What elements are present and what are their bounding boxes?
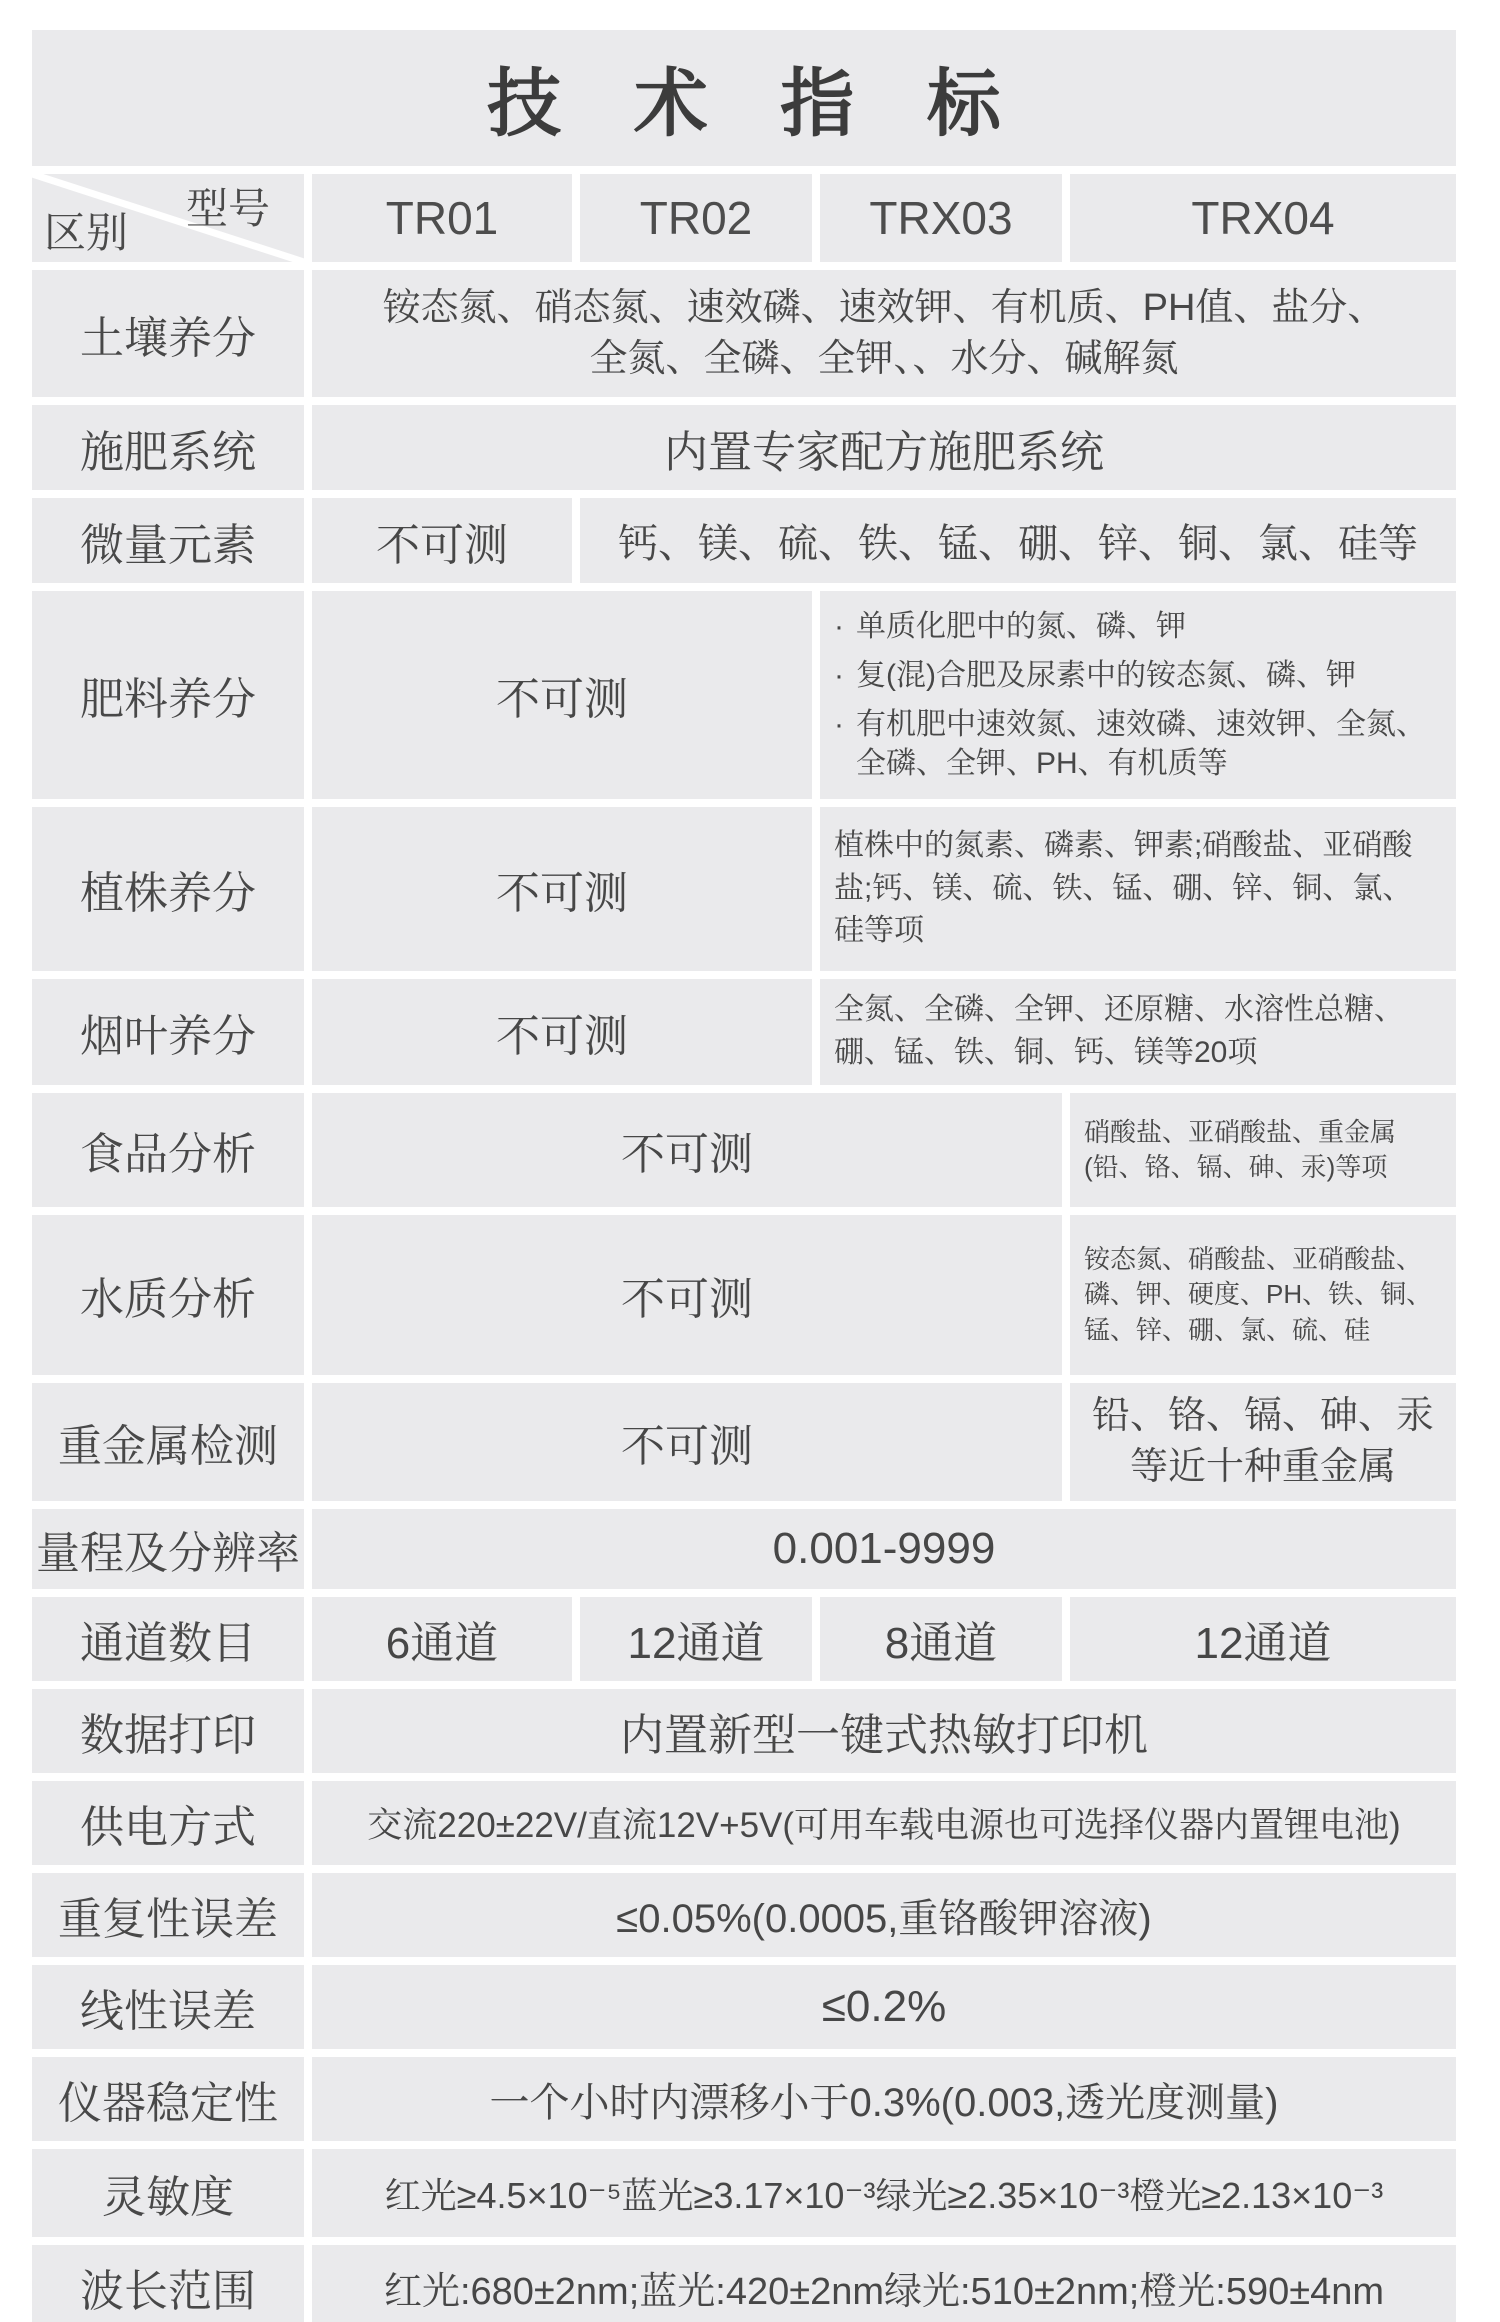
row-label-data-printing: 数据打印: [32, 1689, 304, 1773]
plant-nutrients-row: 植株养分 不可测 植株中的氮素、磷素、钾素;硝酸盐、亚硝酸盐;钙、镁、硫、铁、锰…: [32, 807, 1456, 971]
tobacco-nutrients-not-measurable: 不可测: [312, 979, 812, 1085]
fertilizer-nutrients-detail: · 单质化肥中的氮、磷、钾 · 复(混)合肥及尿素中的铵态氮、磷、钾 · 有机肥…: [820, 591, 1456, 799]
model-header-tr02: TR02: [580, 174, 812, 262]
row-label-power-supply: 供电方式: [32, 1781, 304, 1865]
food-analysis-detail: 硝酸盐、亚硝酸盐、重金属(铅、铬、镉、砷、汞)等项: [1070, 1093, 1456, 1207]
channel-count-row: 通道数目 6通道 12通道 8通道 12通道: [32, 1597, 1456, 1681]
heavy-metal-not-measurable: 不可测: [312, 1383, 1062, 1501]
row-label-plant-nutrients: 植株养分: [32, 807, 304, 971]
data-printing-value: 内置新型一键式热敏打印机: [312, 1689, 1456, 1773]
fertilizer-nutrients-not-measurable: 不可测: [312, 591, 812, 799]
channel-count-tr02: 12通道: [580, 1597, 812, 1681]
trace-elements-value: 钙、镁、硫、铁、锰、硼、锌、铜、氯、硅等: [580, 498, 1456, 583]
row-label-trace-elements: 微量元素: [32, 498, 304, 583]
model-header-trx03: TRX03: [820, 174, 1062, 262]
row-label-water-analysis: 水质分析: [32, 1215, 304, 1375]
row-label-linearity-error: 线性误差: [32, 1965, 304, 2049]
linearity-error-value: ≤0.2%: [312, 1965, 1456, 2049]
sensitivity-value: 红光≥4.5×10⁻⁵蓝光≥3.17×10⁻³绿光≥2.35×10⁻³橙光≥2.…: [312, 2149, 1456, 2237]
bullet-dot: ·: [834, 607, 856, 646]
tobacco-nutrients-detail: 全氮、全磷、全钾、还原糖、水溶性总糖、硼、锰、铁、铜、钙、镁等20项: [820, 979, 1456, 1085]
tobacco-nutrients-row: 烟叶养分 不可测 全氮、全磷、全钾、还原糖、水溶性总糖、硼、锰、铁、铜、钙、镁等…: [32, 979, 1456, 1085]
row-label-sensitivity: 灵敏度: [32, 2149, 304, 2237]
title-row: 技 术 指 标: [32, 30, 1456, 166]
data-printing-row: 数据打印 内置新型一键式热敏打印机: [32, 1689, 1456, 1773]
heavy-metal-line2: 等近十种重金属: [1092, 1442, 1434, 1493]
row-label-range-resolution: 量程及分辨率: [32, 1509, 304, 1589]
row-label-food-analysis: 食品分析: [32, 1093, 304, 1207]
soil-nutrients-value: 铵态氮、硝态氮、速效磷、速效钾、有机质、PH值、盐分、 全氮、全磷、全钾、、水分…: [312, 270, 1456, 397]
heavy-metal-detail: 铅、铬、镉、砷、汞 等近十种重金属: [1070, 1383, 1456, 1501]
model-header-row: 型号 区别 TR01 TR02 TRX03 TRX04: [32, 174, 1456, 262]
wavelength-range-value: 红光:680±2nm;蓝光:420±2nm绿光:510±2nm;橙光:590±4…: [312, 2245, 1456, 2322]
food-analysis-not-measurable: 不可测: [312, 1093, 1062, 1207]
model-header-trx04: TRX04: [1070, 174, 1456, 262]
soil-nutrients-row: 土壤养分 铵态氮、硝态氮、速效磷、速效钾、有机质、PH值、盐分、 全氮、全磷、全…: [32, 270, 1456, 397]
row-label-tobacco-nutrients: 烟叶养分: [32, 979, 304, 1085]
channel-count-tr01: 6通道: [312, 1597, 572, 1681]
page-title: 技 术 指 标: [32, 30, 1456, 166]
instrument-stability-value: 一个小时内漂移小于0.3%(0.003,透光度测量): [312, 2057, 1456, 2141]
row-label-repeatability-error: 重复性误差: [32, 1873, 304, 1957]
water-analysis-detail: 铵态氮、硝酸盐、亚硝酸盐、磷、钾、硬度、PH、铁、铜、锰、锌、硼、氯、硫、硅: [1070, 1215, 1456, 1375]
fertilizer-bullet-2: · 复(混)合肥及尿素中的铵态氮、磷、钾: [834, 656, 1442, 695]
wavelength-range-row: 波长范围 红光:680±2nm;蓝光:420±2nm绿光:510±2nm;橙光:…: [32, 2245, 1456, 2322]
corner-header-cell: 型号 区别: [32, 174, 304, 262]
fertilizer-bullet-3: · 有机肥中速效氮、速效磷、速效钾、全氮、全磷、全钾、PH、有机质等: [834, 705, 1442, 783]
soil-nutrients-line2: 全氮、全磷、全钾、、水分、碱解氮: [383, 334, 1386, 384]
heavy-metal-line1: 铅、铬、镉、砷、汞: [1092, 1391, 1434, 1442]
food-analysis-row: 食品分析 不可测 硝酸盐、亚硝酸盐、重金属(铅、铬、镉、砷、汞)等项: [32, 1093, 1456, 1207]
fertilization-system-row: 施肥系统 内置专家配方施肥系统: [32, 405, 1456, 490]
heavy-metal-row: 重金属检测 不可测 铅、铬、镉、砷、汞 等近十种重金属: [32, 1383, 1456, 1501]
channel-count-trx03: 8通道: [820, 1597, 1062, 1681]
fertilizer-nutrients-row: 肥料养分 不可测 · 单质化肥中的氮、磷、钾 · 复(混)合肥及尿素中的铵态氮、…: [32, 591, 1456, 799]
row-label-soil-nutrients: 土壤养分: [32, 270, 304, 397]
repeatability-error-row: 重复性误差 ≤0.05%(0.0005,重铬酸钾溶液): [32, 1873, 1456, 1957]
trace-elements-row: 微量元素 不可测 钙、镁、硫、铁、锰、硼、锌、铜、氯、硅等: [32, 498, 1456, 583]
fertilization-system-value: 内置专家配方施肥系统: [312, 405, 1456, 490]
corner-label-model: 型号: [186, 176, 270, 236]
channel-count-trx04: 12通道: [1070, 1597, 1456, 1681]
linearity-error-row: 线性误差 ≤0.2%: [32, 1965, 1456, 2049]
plant-nutrients-not-measurable: 不可测: [312, 807, 812, 971]
water-analysis-not-measurable: 不可测: [312, 1215, 1062, 1375]
plant-nutrients-detail: 植株中的氮素、磷素、钾素;硝酸盐、亚硝酸盐;钙、镁、硫、铁、锰、硼、锌、铜、氯、…: [820, 807, 1456, 971]
trace-elements-not-measurable: 不可测: [312, 498, 572, 583]
model-header-tr01: TR01: [312, 174, 572, 262]
fertilizer-bullet-1: · 单质化肥中的氮、磷、钾: [834, 607, 1442, 646]
row-label-instrument-stability: 仪器稳定性: [32, 2057, 304, 2141]
range-resolution-row: 量程及分辨率 0.001-9999: [32, 1509, 1456, 1589]
row-label-heavy-metal: 重金属检测: [32, 1383, 304, 1501]
power-supply-row: 供电方式 交流220±22V/直流12V+5V(可用车载电源也可选择仪器内置锂电…: [32, 1781, 1456, 1865]
row-label-wavelength-range: 波长范围: [32, 2245, 304, 2322]
row-label-channel-count: 通道数目: [32, 1597, 304, 1681]
bullet-dot: ·: [834, 705, 856, 783]
bullet-dot: ·: [834, 656, 856, 695]
row-label-fertilization-system: 施肥系统: [32, 405, 304, 490]
power-supply-value: 交流220±22V/直流12V+5V(可用车载电源也可选择仪器内置锂电池): [312, 1781, 1456, 1865]
range-resolution-value: 0.001-9999: [312, 1509, 1456, 1589]
instrument-stability-row: 仪器稳定性 一个小时内漂移小于0.3%(0.003,透光度测量): [32, 2057, 1456, 2141]
sensitivity-row: 灵敏度 红光≥4.5×10⁻⁵蓝光≥3.17×10⁻³绿光≥2.35×10⁻³橙…: [32, 2149, 1456, 2237]
row-label-fertilizer-nutrients: 肥料养分: [32, 591, 304, 799]
spec-sheet: 技 术 指 标 型号 区别 TR01 TR02 TRX03 TRX04 土壤养分…: [0, 0, 1500, 2322]
corner-label-difference: 区别: [44, 200, 128, 260]
repeatability-error-value: ≤0.05%(0.0005,重铬酸钾溶液): [312, 1873, 1456, 1957]
water-analysis-row: 水质分析 不可测 铵态氮、硝酸盐、亚硝酸盐、磷、钾、硬度、PH、铁、铜、锰、锌、…: [32, 1215, 1456, 1375]
soil-nutrients-line1: 铵态氮、硝态氮、速效磷、速效钾、有机质、PH值、盐分、: [383, 283, 1386, 333]
